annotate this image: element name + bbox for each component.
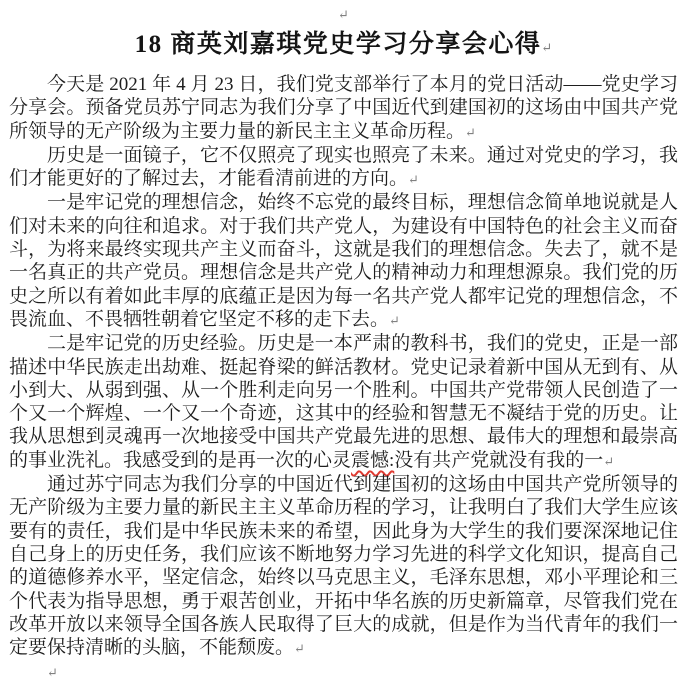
paragraph-return-mark-icon: ↵ (541, 40, 552, 55)
paragraph-point-two: 二是牢记党的历史经验。历史是一本严肃的教科书，我们的党史，正是一部描述中华民族走… (9, 332, 678, 473)
document-page: ↵ 18 商英刘嘉琪党史学习分享会心得↵ 今天是 2021 年 4 月 23 日… (0, 0, 687, 693)
document-body[interactable]: 今天是 2021 年 4 月 23 日，我们党支部举行了本月的党日活动——党史学… (9, 73, 678, 684)
document-title: 18 商英刘嘉琪党史学习分享会心得↵ (9, 28, 678, 65)
paragraph-conclusion: 通过苏宁同志为我们分享的中国近代到建国初的这场由中国共产党所领导的无产阶级为主要… (9, 473, 678, 660)
paragraph-text: 今天是 2021 年 4 月 23 日，我们党支部举行了本月的党日活动——党史学… (9, 74, 678, 142)
paragraph-return-mark-icon: ↵ (338, 7, 349, 22)
paragraph-return-mark-icon: ↵ (47, 665, 58, 680)
paragraph-intro: 今天是 2021 年 4 月 23 日，我们党支部举行了本月的党日活动——党史学… (9, 73, 678, 144)
paragraph-return-mark-icon: ↵ (294, 641, 305, 656)
paragraph-point-one: 一是牢记党的理想信念，始终不忘党的最终目标，理想信念简单地说就是人们对未来的向往… (9, 191, 678, 332)
trailing-empty-paragraph: ↵ (9, 660, 678, 683)
paragraph-return-mark-icon: ↵ (389, 313, 400, 328)
paragraph-history-mirror: 历史是一面镜子，它不仅照亮了现实也照亮了未来。通过对党史的学习，我们才能更好的了… (9, 144, 678, 192)
paragraph-return-mark-icon: ↵ (603, 454, 614, 469)
paragraph-text: 一是牢记党的理想信念，始终不忘党的最终目标，理想信念简单地说就是人们对未来的向往… (9, 192, 678, 329)
paragraph-return-mark-icon: ↵ (465, 125, 476, 140)
spellcheck-flagged-text[interactable]: 震憾: (351, 450, 394, 471)
paragraph-return-mark-icon: ↵ (408, 172, 419, 187)
document-title-text: 18 商英刘嘉琪党史学习分享会心得 (135, 31, 542, 58)
empty-line-above-title: ↵ (9, 4, 678, 26)
paragraph-text: 通过苏宁同志为我们分享的中国近代到建国初的这场由中国共产党所领导的无产阶级为主要… (9, 474, 678, 658)
paragraph-text: 没有共产党就没有我的一 (394, 450, 603, 471)
paragraph-text: 历史是一面镜子，它不仅照亮了现实也照亮了未来。通过对党史的学习，我们才能更好的了… (9, 145, 678, 189)
